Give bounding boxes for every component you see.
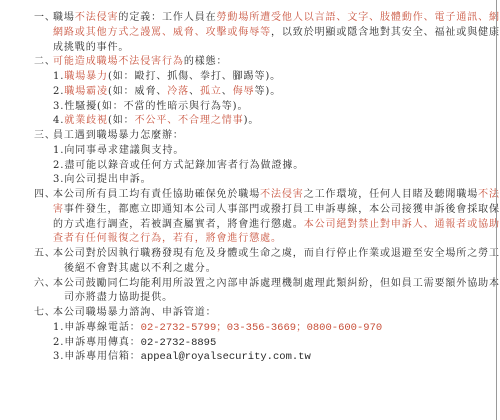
- highlighted-text: 害: [53, 204, 64, 215]
- text-segment: 3.申訴專用信箱：: [53, 351, 141, 362]
- highlighted-text: 職場暴力: [64, 71, 108, 82]
- highlighted-text: 可能造成職場不法侵害行為: [53, 56, 184, 67]
- policy-section: 六、本公司鼓勵同仁均能利用所設置之內部申訴處理機制處理此類糾紛，但如員工需要額外…: [0, 277, 480, 307]
- text-segment: 3.向公司提出申訴。: [53, 174, 152, 185]
- page-edge-divider: [496, 0, 497, 420]
- text-segment: 本公司職場暴力諮詢、申訴管道：: [53, 307, 217, 318]
- section-heading-line: 二、可能造成職場不法侵害行為的樣態：: [0, 55, 480, 70]
- highlighted-text: 職場霸凌: [64, 86, 108, 97]
- highlighted-text: 不法侵害: [75, 12, 119, 23]
- highlighted-text: 網路或其他方式之謾罵、威脅、攻擊或侮辱等: [53, 27, 271, 38]
- section-continuation-line: 網路或其他方式之謾罵、威脅、攻擊或侮辱等，以致於明顯或隱含地對其安全、福祉或與健…: [0, 26, 480, 41]
- section-text: 本公司對於因執行職務發現有危及身體或生命之虞，而自行停止作業或退避至安全場所之勞…: [53, 247, 500, 262]
- text-segment: 4.: [53, 115, 64, 126]
- text-segment: 的方式進行調查，若被調查屬實者，將會進行懲處。: [53, 219, 304, 230]
- list-item: 1.申訴專線電話：02-2732-5799；03-356-3669；0800-6…: [0, 321, 480, 336]
- policy-section: 七、本公司職場暴力諮詢、申訴管道：1.申訴專線電話：02-2732-5799；0…: [0, 306, 480, 365]
- text-segment: 司亦將盡力協助提供。: [64, 292, 173, 303]
- section-text: 後絕不會對其處以不利之處分。: [64, 262, 217, 277]
- text-segment: ，以致於明顯或隱含地對其安全、福祉或與健康構: [271, 27, 500, 38]
- section-heading-line: 五、本公司對於因執行職務發現有危及身體或生命之虞，而自行停止作業或退避至安全場所…: [0, 247, 480, 262]
- policy-section: 一、職場不法侵害的定義：工作人員在勞動場所遭受他人以言語、文字、肢體動作、電子通…: [0, 11, 480, 55]
- highlighted-text: 侮辱: [233, 86, 255, 97]
- hotline-phone-numbers: 02-2732-5799；03-356-3669；0800-600-970: [141, 322, 383, 334]
- text-segment: 本公司對於因執行職務發現有危及身體或生命之虞，而自行停止作業或退避至安全場所之勞…: [53, 248, 500, 259]
- section-text: 網路或其他方式之謾罵、威脅、攻擊或侮辱等，以致於明顯或隱含地對其安全、福祉或與健…: [53, 26, 500, 41]
- section-text: 可能造成職場不法侵害行為的樣態：: [53, 55, 227, 70]
- section-heading-line: 四、本公司所有員工均有責任協助確保免於職場不法侵害之工作環境，任何人目睹及聽聞職…: [0, 188, 480, 203]
- text-segment: 1.向同事尋求建議與支持。: [53, 145, 184, 156]
- text-segment: 本公司所有員工均有責任協助確保免於職場: [53, 189, 260, 200]
- section-text: 本公司職場暴力諮詢、申訴管道：: [53, 306, 217, 321]
- section-text: 的方式進行調查，若被調查屬實者，將會進行懲處。本公司絕對禁止對申訴人、通報者或協…: [53, 218, 500, 233]
- highlighted-text: 冷落: [167, 86, 189, 97]
- text-segment: 1.: [53, 71, 64, 82]
- text-segment: 、: [189, 86, 200, 97]
- section-heading-line: 一、職場不法侵害的定義：工作人員在勞動場所遭受他人以言語、文字、肢體動作、電子通…: [0, 11, 480, 26]
- list-item: 2.盡可能以錄音或任何方式記錄加害者行為做證據。: [0, 159, 480, 174]
- section-text: 成挑戰的事件。: [53, 41, 129, 56]
- section-text: 本公司鼓勵同仁均能利用所設置之內部申訴處理機制處理此類糾紛，但如員工需要額外協助…: [53, 277, 500, 292]
- text-segment: 後絕不會對其處以不利之處分。: [64, 263, 217, 274]
- highlighted-text: 本公司絕對禁止對申訴人、通報者或協助調: [304, 219, 500, 230]
- section-continuation-line: 後絕不會對其處以不利之處分。: [0, 262, 480, 277]
- list-item: 1.向同事尋求建議與支持。: [0, 144, 480, 159]
- section-continuation-line: 成挑戰的事件。: [0, 41, 480, 56]
- highlighted-text: 勞動場所遭受他人以言語、文字、肢體動作、電子通訊、網際: [217, 12, 500, 23]
- text-segment: 、: [222, 86, 233, 97]
- section-heading-line: 六、本公司鼓勵同仁均能利用所設置之內部申訴處理機制處理此類糾紛，但如員工需要額外…: [0, 277, 480, 292]
- text-segment: 等)。: [255, 86, 282, 97]
- highlighted-text: 不法侵害: [260, 189, 304, 200]
- highlighted-text: 不公平、不合理之情事: [135, 115, 244, 126]
- list-item: 1.職場暴力(如：毆打、抓傷、拳打、腳踢等)。: [0, 70, 480, 85]
- workplace-violence-policy-document: 一、職場不法侵害的定義：工作人員在勞動場所遭受他人以言語、文字、肢體動作、電子通…: [0, 11, 480, 365]
- section-text: 害事件發生，都應立即通知本公司人事部門或撥打員工申訴專線，本公司接獲申訴後會採取…: [53, 203, 500, 218]
- section-text: 員工遇到職場暴力怎麼辦：: [53, 129, 184, 144]
- text-segment: 本公司鼓勵同仁均能利用所設置之內部申訴處理機制處理此類糾紛，但如員工需要額外協助…: [53, 278, 500, 289]
- section-heading-line: 三、員工遇到職場暴力怎麼辦：: [0, 129, 480, 144]
- text-segment: 2.: [53, 86, 64, 97]
- text-segment: 1.申訴專線電話：: [53, 322, 141, 333]
- list-item: 4.就業歧視(如：不公平、不合理之情事)。: [0, 114, 480, 129]
- text-segment: (如：: [108, 115, 135, 126]
- list-item: 2.申訴專用傳真：02-2732-8895: [0, 336, 480, 351]
- text-segment: )。: [244, 115, 260, 126]
- list-item: 3.向公司提出申訴。: [0, 173, 480, 188]
- section-continuation-line: 的方式進行調查，若被調查屬實者，將會進行懲處。本公司絕對禁止對申訴人、通報者或協…: [0, 218, 480, 233]
- highlighted-text: 查者有任何報復之行為，若有，將會進行懲處。: [53, 233, 282, 244]
- list-item: 2.職場霸凌(如：威脅、冷落、孤立、侮辱等)。: [0, 85, 480, 100]
- section-continuation-line: 司亦將盡力協助提供。: [0, 291, 480, 306]
- text-segment: 員工遇到職場暴力怎麼辦：: [53, 130, 184, 141]
- document-page: 一、職場不法侵害的定義：工作人員在勞動場所遭受他人以言語、文字、肢體動作、電子通…: [0, 0, 500, 420]
- section-text: 查者有任何報復之行為，若有，將會進行懲處。: [53, 232, 282, 247]
- text-segment: (如：毆打、抓傷、拳打、腳踢等)。: [108, 71, 281, 82]
- list-item: 3.申訴專用信箱：appeal@royalsecurity.com.tw: [0, 350, 480, 365]
- policy-section: 五、本公司對於因執行職務發現有危及身體或生命之虞，而自行停止作業或退避至安全場所…: [0, 247, 480, 277]
- text-segment: 2.申訴專用傳真：: [53, 337, 141, 348]
- appeal-email-address: appeal@royalsecurity.com.tw: [141, 351, 311, 363]
- section-heading-line: 七、本公司職場暴力諮詢、申訴管道：: [0, 306, 480, 321]
- fax-number: 02-2732-8895: [141, 337, 217, 349]
- policy-section: 三、員工遇到職場暴力怎麼辦：1.向同事尋求建議與支持。2.盡可能以錄音或任何方式…: [0, 129, 480, 188]
- text-segment: 2.盡可能以錄音或任何方式記錄加害者行為做證據。: [53, 160, 304, 171]
- list-item: 3.性騷擾(如：不當的性暗示與行為等)。: [0, 100, 480, 115]
- text-segment: (如：威脅、: [108, 86, 167, 97]
- section-text: 職場不法侵害的定義：工作人員在勞動場所遭受他人以言語、文字、肢體動作、電子通訊、…: [53, 11, 500, 26]
- section-continuation-line: 害事件發生，都應立即通知本公司人事部門或撥打員工申訴專線，本公司接獲申訴後會採取…: [0, 203, 480, 218]
- text-segment: 3.性騷擾(如：不當的性暗示與行為等)。: [53, 101, 248, 112]
- text-segment: 的樣態：: [184, 56, 228, 67]
- highlighted-text: 孤立: [200, 86, 222, 97]
- text-segment: 事件發生，都應立即通知本公司人事部門或撥打員工申訴專線，本公司接獲申訴後會採取保…: [64, 204, 500, 215]
- policy-section: 四、本公司所有員工均有責任協助確保免於職場不法侵害之工作環境，任何人目睹及聽聞職…: [0, 188, 480, 247]
- text-segment: 的定義：工作人員在: [118, 12, 216, 23]
- highlighted-text: 就業歧視: [64, 115, 108, 126]
- section-text: 司亦將盡力協助提供。: [64, 291, 173, 306]
- section-text: 本公司所有員工均有責任協助確保免於職場不法侵害之工作環境，任何人目睹及聽聞職場不…: [53, 188, 500, 203]
- text-segment: 之工作環境，任何人目睹及聽聞職場: [304, 189, 478, 200]
- text-segment: 成挑戰的事件。: [53, 42, 129, 53]
- policy-section: 二、可能造成職場不法侵害行為的樣態：1.職場暴力(如：毆打、抓傷、拳打、腳踢等)…: [0, 55, 480, 129]
- text-segment: 職場: [53, 12, 75, 23]
- section-continuation-line: 查者有任何報復之行為，若有，將會進行懲處。: [0, 232, 480, 247]
